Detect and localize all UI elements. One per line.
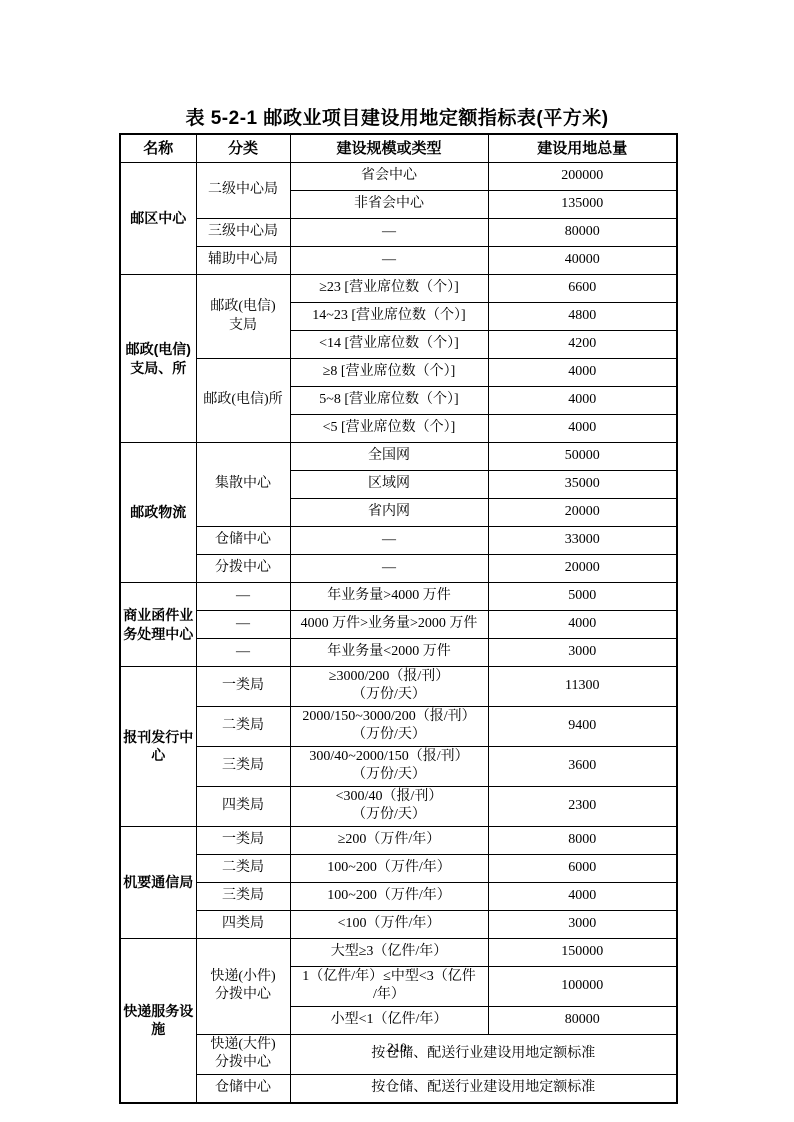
cell-category: 分拨中心 [196,555,290,583]
table-row: 邮政物流集散中心全国网50000 [120,443,677,471]
cell-scale: 区域网 [290,471,488,499]
cell-total: 6000 [488,854,677,882]
cell-scale: — [290,527,488,555]
table-row: 邮政(电信)所≥8 [营业席位数（个）]4000 [120,359,677,387]
table-row: 仓储中心—33000 [120,527,677,555]
table-row: 三级中心局—80000 [120,219,677,247]
cell-total: 3600 [488,746,677,786]
table-row: 辅助中心局—40000 [120,247,677,275]
header-row: 名称 分类 建设规模或类型 建设用地总量 [120,134,677,163]
table-row: 三类局100~200（万件/年）4000 [120,882,677,910]
table-row: 四类局<100（万件/年）3000 [120,910,677,938]
cell-total: 4800 [488,303,677,331]
table-row: 仓储中心按仓储、配送行业建设用地定额标准 [120,1074,677,1103]
cell-category: 辅助中心局 [196,247,290,275]
cell-group-name: 邮区中心 [120,163,196,275]
cell-scale: <300/40（报/刊） （万份/天） [290,786,488,826]
cell-total: 4000 [488,611,677,639]
cell-total: 11300 [488,667,677,707]
cell-scale: — [290,247,488,275]
cell-category: 二类局 [196,706,290,746]
table-row: 分拨中心—20000 [120,555,677,583]
page-title: 表 5-2-1 邮政业项目建设用地定额指标表(平方米) [0,103,794,130]
cell-scale: ≥8 [营业席位数（个）] [290,359,488,387]
cell-total: 80000 [488,219,677,247]
cell-scale: ≥3000/200（报/刊） （万份/天） [290,667,488,707]
cell-span-note: 按仓储、配送行业建设用地定额标准 [290,1074,677,1103]
table-row: 快递服务设 施快递(小件) 分拨中心大型≥3（亿件/年）150000 [120,938,677,966]
cell-total: 80000 [488,1006,677,1034]
cell-total: 135000 [488,191,677,219]
cell-scale: 非省会中心 [290,191,488,219]
cell-category: 二类局 [196,854,290,882]
cell-category: 仓储中心 [196,527,290,555]
cell-group-name: 机要通信局 [120,826,196,938]
cell-scale: 5~8 [营业席位数（个）] [290,387,488,415]
cell-scale: 年业务量<2000 万件 [290,639,488,667]
cell-category: — [196,611,290,639]
table-row: 报刊发行中 心一类局≥3000/200（报/刊） （万份/天）11300 [120,667,677,707]
cell-group-name: 报刊发行中 心 [120,667,196,827]
table-row: 邮政(电信) 支局、所邮政(电信) 支局≥23 [营业席位数（个）]6600 [120,275,677,303]
cell-total: 6600 [488,275,677,303]
cell-scale: ≥23 [营业席位数（个）] [290,275,488,303]
cell-group-name: 邮政(电信) 支局、所 [120,275,196,443]
cell-total: 20000 [488,555,677,583]
cell-total: 3000 [488,639,677,667]
cell-scale: 2000/150~3000/200（报/刊） （万份/天） [290,706,488,746]
cell-total: 35000 [488,471,677,499]
cell-scale: 年业务量>4000 万件 [290,583,488,611]
cell-category: 快递(小件) 分拨中心 [196,938,290,1034]
cell-category: — [196,639,290,667]
table-row: 商业函件业 务处理中心—年业务量>4000 万件5000 [120,583,677,611]
cell-scale: 大型≥3（亿件/年） [290,938,488,966]
table-row: 二类局2000/150~3000/200（报/刊） （万份/天）9400 [120,706,677,746]
cell-category: 一类局 [196,667,290,707]
column-header-category: 分类 [196,134,290,163]
quota-table-container: 名称 分类 建设规模或类型 建设用地总量 邮区中心二级中心局省会中心200000… [119,133,678,1104]
cell-category: 集散中心 [196,443,290,527]
cell-total: 4000 [488,387,677,415]
cell-group-name: 商业函件业 务处理中心 [120,583,196,667]
column-header-name: 名称 [120,134,196,163]
cell-category: 三类局 [196,746,290,786]
cell-category: 三级中心局 [196,219,290,247]
cell-category: — [196,583,290,611]
cell-category: 四类局 [196,786,290,826]
cell-total: 4000 [488,415,677,443]
cell-total: 4000 [488,359,677,387]
table-row: 三类局300/40~2000/150（报/刊） （万份/天）3600 [120,746,677,786]
cell-category: 邮政(电信) 支局 [196,275,290,359]
cell-scale: 14~23 [营业席位数（个）] [290,303,488,331]
cell-total: 5000 [488,583,677,611]
cell-total: 40000 [488,247,677,275]
quota-table: 名称 分类 建设规模或类型 建设用地总量 邮区中心二级中心局省会中心200000… [119,133,678,1104]
cell-group-name: 快递服务设 施 [120,938,196,1102]
column-header-total: 建设用地总量 [488,134,677,163]
cell-scale: 省内网 [290,499,488,527]
cell-total: 100000 [488,966,677,1006]
column-header-scale: 建设规模或类型 [290,134,488,163]
cell-category: 三类局 [196,882,290,910]
cell-total: 150000 [488,938,677,966]
cell-total: 9400 [488,706,677,746]
cell-total: 2300 [488,786,677,826]
cell-total: 4000 [488,882,677,910]
cell-scale: <100（万件/年） [290,910,488,938]
cell-category: 二级中心局 [196,163,290,219]
table-row: 二类局100~200（万件/年）6000 [120,854,677,882]
cell-total: 4200 [488,331,677,359]
cell-category: 邮政(电信)所 [196,359,290,443]
table-row: 机要通信局一类局≥200（万件/年）8000 [120,826,677,854]
cell-category: 四类局 [196,910,290,938]
cell-scale: 100~200（万件/年） [290,854,488,882]
cell-total: 20000 [488,499,677,527]
cell-total: 3000 [488,910,677,938]
cell-scale: 全国网 [290,443,488,471]
cell-category: 仓储中心 [196,1074,290,1103]
cell-scale: 小型<1（亿件/年） [290,1006,488,1034]
table-row: 邮区中心二级中心局省会中心200000 [120,163,677,191]
cell-scale: — [290,219,488,247]
cell-scale: 300/40~2000/150（报/刊） （万份/天） [290,746,488,786]
cell-scale: — [290,555,488,583]
cell-category: 一类局 [196,826,290,854]
cell-total: 33000 [488,527,677,555]
cell-scale: 100~200（万件/年） [290,882,488,910]
cell-total: 200000 [488,163,677,191]
cell-total: 50000 [488,443,677,471]
table-row: 四类局<300/40（报/刊） （万份/天）2300 [120,786,677,826]
quota-table-body: 邮区中心二级中心局省会中心200000非省会中心135000三级中心局—8000… [120,163,677,1103]
table-row: —年业务量<2000 万件3000 [120,639,677,667]
cell-scale: <5 [营业席位数（个）] [290,415,488,443]
cell-scale: <14 [营业席位数（个）] [290,331,488,359]
cell-scale: 4000 万件>业务量>2000 万件 [290,611,488,639]
cell-scale: ≥200（万件/年） [290,826,488,854]
cell-scale: 省会中心 [290,163,488,191]
cell-total: 8000 [488,826,677,854]
page-number: 210 [0,1040,794,1056]
cell-group-name: 邮政物流 [120,443,196,583]
table-row: —4000 万件>业务量>2000 万件4000 [120,611,677,639]
cell-scale: 1（亿件/年）≤中型<3（亿件 /年） [290,966,488,1006]
